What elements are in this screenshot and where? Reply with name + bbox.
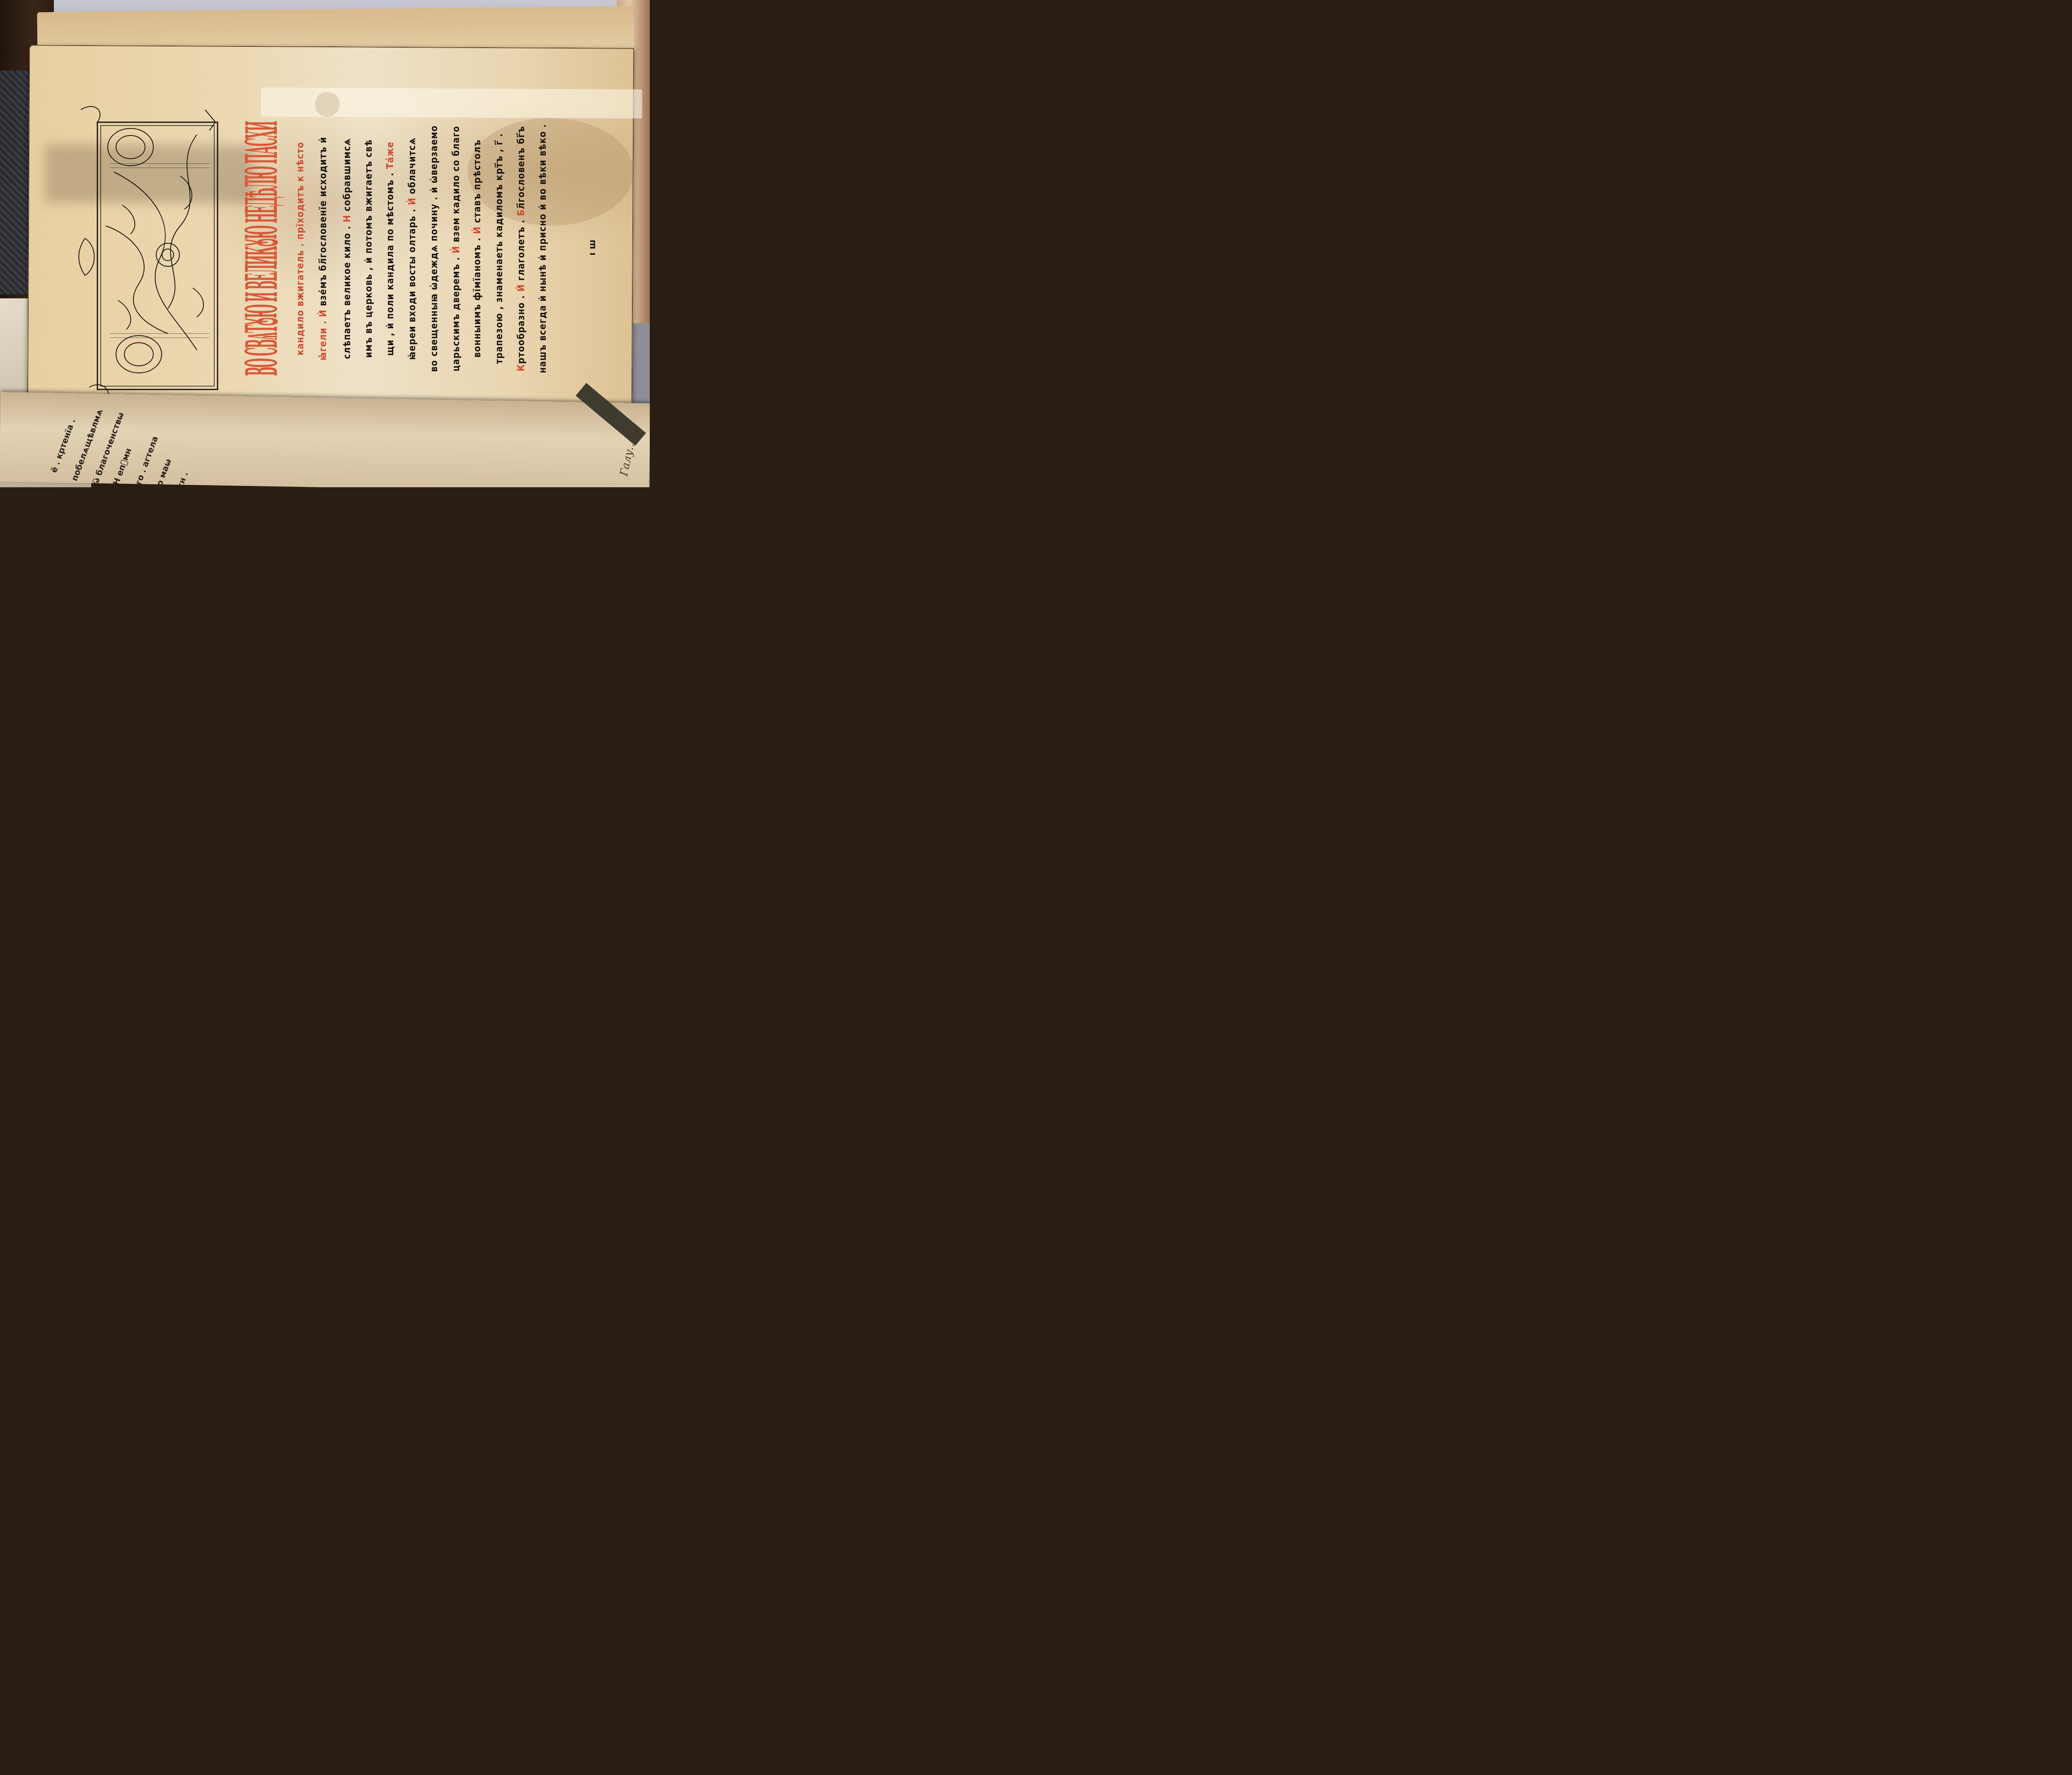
text-line-12: нашъ всегда и҆ нынѣ и҆ присно и҆ во вѣки… — [535, 112, 551, 385]
body-text: взе́мъ бл҃гословенїе исходитъ и҆ — [318, 137, 329, 306]
text-line-4: имъ въ церковь , и҆ потомъ вжигаетъ свѣ — [361, 112, 377, 385]
body-text: собравшимсѧ — [342, 138, 353, 211]
text-line-11: Кртообразно . И҆ глаголетъ . Бл҃гословен… — [513, 112, 530, 385]
rubric-text: К — [516, 364, 527, 371]
text-line-8: царьскимъ дверемъ . И҆ взем кадило со бл… — [448, 112, 464, 385]
text-line-3: слѣпаетъ великое кило . Н собравшимсѧ — [339, 112, 356, 385]
title-text: ВО СВѦТꙊЮ И ВЕЛИКꙊЮ НЕДѢЛЮ ПАСХИ — [232, 121, 291, 376]
rubric-text: ꙗ҆́гели . И҆ — [318, 310, 329, 360]
body-text: глаголетъ . — [516, 216, 527, 281]
text-line-10: трапезою , знаменаеть кадиломъ крт҃ъ , г… — [491, 112, 508, 385]
body-text: ꙗ҆ереи входи восты олтарь . — [407, 205, 418, 360]
body-text: трапезою , знаменаеть кадиломъ крт҃ъ , г… — [494, 133, 505, 364]
body-text: слѣпаетъ великое кило . — [342, 222, 353, 359]
body-text: ставъ прѣстолъ — [472, 140, 483, 223]
body-text: имъ въ церковь , и҆ потомъ вжигаетъ свѣ — [363, 139, 374, 358]
rubric-text: кандило вжигатель . прїходитъ к нѣсто — [295, 142, 306, 355]
rubric-text: Та́же — [385, 141, 396, 169]
rubric-text: И҆ — [407, 198, 418, 205]
text-line-9: вонныимъ фїмїаномъ . И҆ ставъ прѣстолъ — [469, 112, 486, 385]
body-text: вонныимъ фїмїаномъ . — [472, 234, 483, 358]
body-text: во свещенныꙗ ѡ҆деждѧ почину . и҆ ѡ҆верза… — [429, 125, 440, 372]
woodcut-headpiece-ornament — [73, 102, 226, 402]
folio-signature-mark: ı ш — [587, 239, 598, 256]
rubric-text: Б — [516, 209, 527, 216]
body-text: л҃гословенъ бг҃ъ — [516, 126, 527, 209]
text-line-5: щи , и҆ поли кандила по мѣстомъ . Та́же — [382, 112, 399, 385]
body-text: нашъ всегда и҆ нынѣ и҆ присно и҆ во вѣки… — [537, 124, 548, 373]
text-line-1: кандило вжигатель . прїходитъ к нѣсто — [292, 112, 309, 385]
body-text: щи , и҆ поли кандила по мѣстомъ . — [385, 169, 396, 356]
photo-scene: ВО СВѦТꙊЮ И ВЕЛИКꙊЮ НЕДѢЛЮ ПАСХИ кандило… — [0, 0, 650, 487]
body-text: ртообразно . — [516, 292, 527, 364]
rubric-text: Н — [342, 215, 353, 222]
text-line-6: ꙗ҆ереи входи восты олтарь . И҆ облачитсѧ — [404, 112, 421, 385]
body-text: облачитсѧ — [407, 138, 418, 194]
facing-line: ё . кртенїа . — [48, 417, 77, 474]
facing-line: есн . — [173, 470, 190, 487]
rubric-text: И҆ — [450, 246, 461, 253]
facing-page-text: ё . кртенїа . побелѧщѣвлмѧ ѿ благоченств… — [50, 414, 224, 487]
title-rubric: ВО СВѦТꙊЮ И ВЕЛИКꙊЮ НЕДѢЛЮ ПАСХИ — [232, 112, 290, 385]
body-text: царьскимъ дверемъ . — [450, 253, 461, 371]
text-line-7: во свещенныꙗ ѡ҆деждѧ почину . и҆ ѡ҆верза… — [426, 112, 443, 385]
body-text: взем кадило со благо — [450, 126, 461, 242]
facing-line: ко маѡ — [152, 457, 173, 487]
text-line-2: ꙗ҆́гели . И҆ взе́мъ бл҃гословенїе исходи… — [315, 112, 332, 385]
rubric-text: И҆ — [516, 284, 527, 292]
facing-line: Н еп꙼мн — [111, 447, 133, 486]
rubric-text: И҆ — [472, 226, 483, 234]
